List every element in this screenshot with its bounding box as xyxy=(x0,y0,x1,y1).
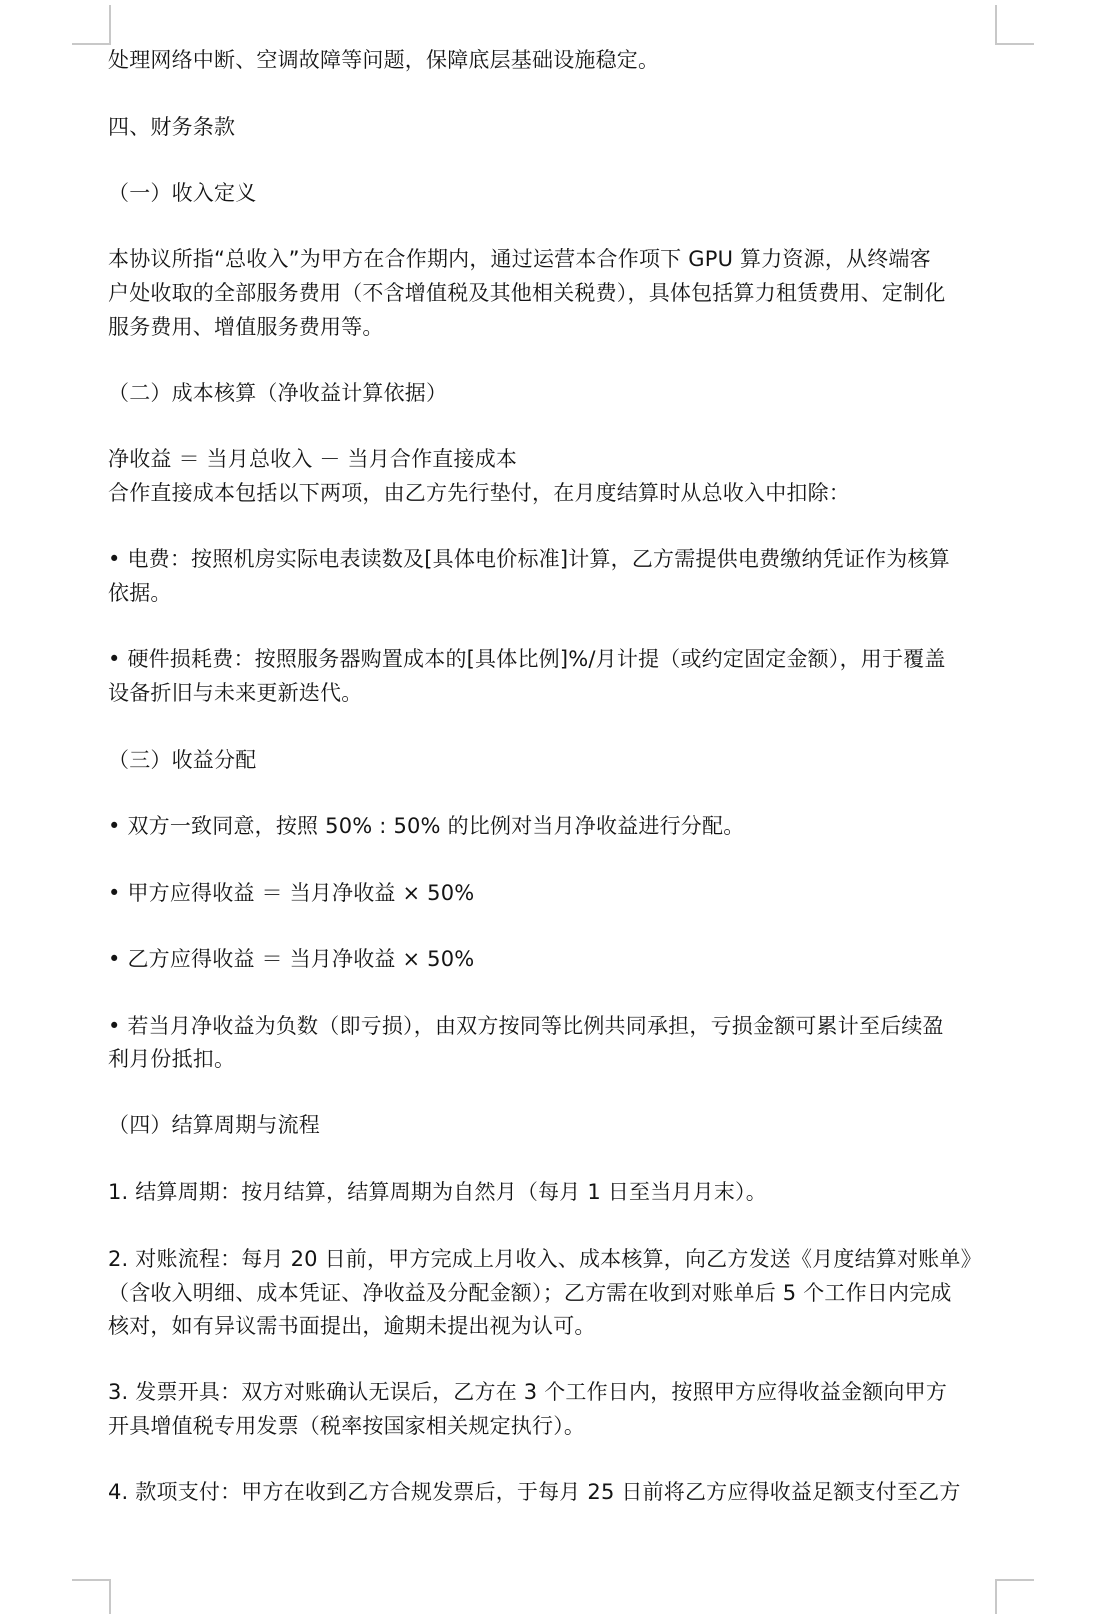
bullet-item: • 硬件损耗费：按照服务器购置成本的[具体比例]%/月计提（或约定固定金额），用… xyxy=(108,642,946,676)
section-heading: 四、财务条款 xyxy=(108,110,235,144)
subsection-heading: （四）结算周期与流程 xyxy=(108,1108,320,1142)
numbered-item: 3. 发票开具：双方对账确认无误后，乙方在 3 个工作日内，按照甲方应得收益金额… xyxy=(108,1375,947,1409)
corner-mark-top-left-vertical xyxy=(109,5,111,45)
subsection-heading: （一）收入定义 xyxy=(108,176,256,210)
numbered-item: 4. 款项支付：甲方在收到乙方合规发票后，于每月 25 日前将乙方应得收益足额支… xyxy=(108,1475,961,1509)
bullet-item: • 乙方应得收益 ＝ 当月净收益 × 50% xyxy=(108,942,474,976)
paragraph-line: 户处收取的全部服务费用（不含增值税及其他相关税费），具体包括算力租赁费用、定制化 xyxy=(108,276,946,310)
paragraph-line: 处理网络中断、空调故障等问题，保障底层基础设施稳定。 xyxy=(108,43,659,77)
corner-mark-bottom-left-vertical xyxy=(109,1579,111,1614)
corner-mark-top-right-horizontal xyxy=(995,43,1034,45)
corner-mark-bottom-left-horizontal xyxy=(72,1579,111,1581)
corner-mark-top-left-horizontal xyxy=(72,43,111,45)
corner-mark-top-right-vertical xyxy=(995,5,997,45)
formula-line: 净收益 ＝ 当月总收入 － 当月合作直接成本 xyxy=(108,442,517,476)
bullet-item: • 电费：按照机房实际电表读数及[具体电价标准]计算，乙方需提供电费缴纳凭证作为… xyxy=(108,542,950,576)
numbered-item: 1. 结算周期：按月结算，结算周期为自然月（每月 1 日至当月月末）。 xyxy=(108,1175,767,1209)
numbered-item-continuation: 核对，如有异议需书面提出，逾期未提出视为认可。 xyxy=(108,1309,596,1343)
numbered-item-continuation: 开具增值税专用发票（税率按国家相关规定执行）。 xyxy=(108,1409,585,1443)
subsection-heading: （二）成本核算（净收益计算依据） xyxy=(108,376,447,410)
bullet-item-continuation: 利月份抵扣。 xyxy=(108,1042,235,1076)
bullet-item: • 双方一致同意，按照 50% : 50% 的比例对当月净收益进行分配。 xyxy=(108,809,744,843)
paragraph-line: 本协议所指“总收入”为甲方在合作期内，通过运营本合作项下 GPU 算力资源，从终… xyxy=(108,242,931,276)
numbered-item: 2. 对账流程：每月 20 日前，甲方完成上月收入、成本核算，向乙方发送《月度结… xyxy=(108,1242,982,1276)
bullet-item-continuation: 设备折旧与未来更新迭代。 xyxy=(108,676,362,710)
bullet-item: • 若当月净收益为负数（即亏损），由双方按同等比例共同承担，亏损金额可累计至后续… xyxy=(108,1009,944,1043)
corner-mark-bottom-right-horizontal xyxy=(995,1579,1034,1581)
paragraph-line: 服务费用、增值服务费用等。 xyxy=(108,310,384,344)
corner-mark-bottom-right-vertical xyxy=(995,1579,997,1614)
subsection-heading: （三）收益分配 xyxy=(108,743,256,777)
bullet-item-continuation: 依据。 xyxy=(108,576,172,610)
bullet-item: • 甲方应得收益 ＝ 当月净收益 × 50% xyxy=(108,876,474,910)
paragraph-line: 合作直接成本包括以下两项，由乙方先行垫付，在月度结算时从总收入中扣除： xyxy=(108,476,850,510)
numbered-item-continuation: （含收入明细、成本凭证、净收益及分配金额）；乙方需在收到对账单后 5 个工作日内… xyxy=(108,1276,952,1310)
